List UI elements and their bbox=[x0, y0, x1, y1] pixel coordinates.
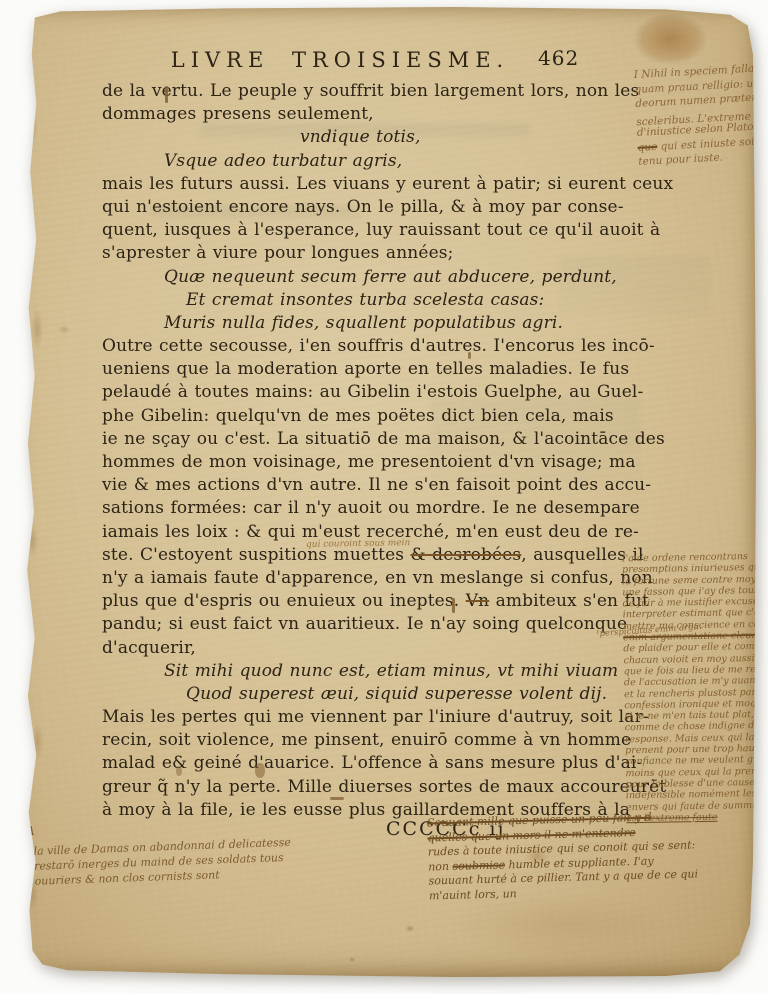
text-line: plus que d'espris ou enuieux ou ineptes.… bbox=[102, 590, 647, 613]
text-line: Quæ nequeunt secum ferre aut abducere, p… bbox=[164, 266, 647, 289]
text-line: hommes de mon voisinage, me presentoient… bbox=[102, 451, 647, 474]
text-line: de la vertu. Le peuple y souffrit bien l… bbox=[102, 80, 647, 103]
paper: LIVRE TROISIESME. 462 de la vertu. Le pe… bbox=[0, 6, 756, 978]
text-line: qui n'estoient encore nays. On le pilla,… bbox=[102, 196, 647, 219]
text-line: Quod superest æui, siquid superesse vole… bbox=[186, 683, 647, 706]
text-line: malad e& geiné d'auarice. L'offence à sa… bbox=[102, 752, 647, 775]
text-line: vie & mes actions d'vn autre. Il ne s'en… bbox=[102, 474, 647, 497]
text-line: Sit mihi quod nunc est, etiam minus, vt … bbox=[164, 660, 647, 683]
text-line: Et cremat insontes turba scelesta casas: bbox=[186, 289, 647, 312]
insertion-caret: Λ bbox=[26, 824, 35, 838]
text-line: n'y a iamais faute d'apparence, en vn me… bbox=[102, 567, 647, 590]
page-number: 462 bbox=[538, 46, 579, 70]
text-line: greur q̃ n'y la perte. Mille diuerses so… bbox=[102, 776, 647, 799]
text-line: pelaudé à toutes mains: au Gibelin i'est… bbox=[102, 381, 647, 404]
margin-note-bottom-left: la ville de Damas on abandonnai d delica… bbox=[33, 832, 364, 888]
margin-note-bottom-right: Souuant mille que puisse un peu fait y d… bbox=[427, 808, 768, 904]
text-line: Mais les pertes qui me viennent par l'in… bbox=[102, 706, 647, 729]
text-line: ueniens que la moderation aporte en tell… bbox=[102, 358, 647, 381]
text-line: recin, soit violence, me pinsent, enuirō… bbox=[102, 729, 647, 752]
deckled-edge bbox=[24, 12, 46, 972]
text-line: quent, iusques à l'esperance, luy rauiss… bbox=[102, 219, 647, 242]
printed-text-block: de la vertu. Le peuple y souffrit bien l… bbox=[102, 80, 647, 822]
margin-note-top-right: I Nihil in speciem falla-quam praua rell… bbox=[633, 60, 768, 169]
text-line: mais les futurs aussi. Les viuans y eure… bbox=[102, 173, 647, 196]
photographed-book-page: { "colors": { "paper": "#d7c297", "paper… bbox=[0, 0, 768, 994]
foxing-spot bbox=[56, 324, 72, 335]
foxing-spot bbox=[348, 956, 356, 963]
text-line: Vsque adeo turbatur agris, bbox=[164, 150, 647, 173]
text-line: phe Gibelin: quelqu'vn de mes poëtes dic… bbox=[102, 405, 647, 428]
text-line: dommages presens seulement, bbox=[102, 103, 647, 126]
text-line: Outre cette secousse, i'en souffris d'au… bbox=[102, 335, 647, 358]
margin-note-right: I'aide ordene rencontranspresomptions in… bbox=[622, 551, 768, 825]
text-line: s'aprester à viure pour longues années; bbox=[102, 242, 647, 265]
text-line: vndique totis, bbox=[300, 126, 647, 149]
interlinear-insertion: qui couroint sous mein bbox=[306, 538, 410, 550]
running-header: LIVRE TROISIESME. bbox=[70, 48, 610, 72]
text-line: sations formées: car il n'y auoit ou mor… bbox=[102, 497, 647, 520]
text-line: pandu; si eust faict vn auaritieux. Ie n… bbox=[102, 613, 647, 636]
foxing-spot bbox=[404, 924, 416, 933]
text-line: ie ne sçay ou c'est. La situatiō de ma m… bbox=[102, 428, 647, 451]
text-line: Muris nulla fides, squallent populatibus… bbox=[164, 312, 647, 335]
page-sheet: LIVRE TROISIESME. 462 de la vertu. Le pe… bbox=[0, 6, 756, 978]
text-line: d'acquerir, bbox=[102, 637, 647, 660]
